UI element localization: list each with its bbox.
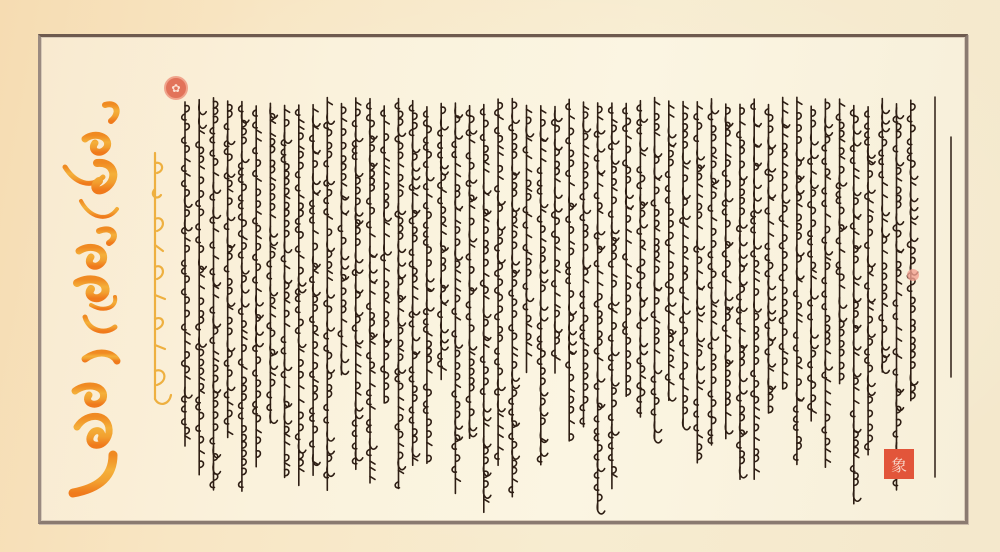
- subtitle-calligraphy: [145, 149, 179, 409]
- title-calligraphy: [55, 91, 135, 511]
- small-round-seal-icon: [907, 269, 919, 281]
- artwork-frame: ✿: [38, 34, 968, 524]
- square-seal-icon: 象: [884, 449, 914, 479]
- signature-columns: [923, 77, 963, 497]
- body-text-columns: [179, 95, 919, 515]
